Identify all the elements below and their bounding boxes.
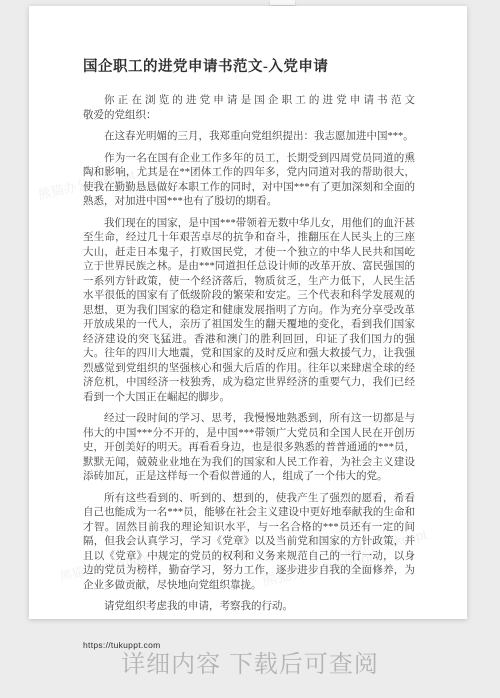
previous-page-edge [270,0,295,5]
paragraph: 经过一段时间的学习、思考，我慢慢地熟悉到，所有这一切都是与伟大的中国***分不开… [83,412,415,485]
preview-background: 熊猫办公 tukuppt 熊猫办公 tukuppt 熊猫办公 tukuppt 熊… [0,0,500,698]
paragraph: 所有这些看到的、听到的、想到的，使我产生了强烈的愿看，希看自己也能成为一名***… [83,492,415,594]
document-title: 国企职工的进党申请书范文-入党申请 [83,57,415,77]
intro-line: 你正在浏览的进党申请是国企职工的进党申请书范文 [83,94,415,109]
paragraph: 作为一名在国有企业工作多年的员工，长期受到四周党员同道的熏陶和影响，尤其是在**… [83,152,415,210]
closing-line: 请党组织考虑我的申请，考察我的行动。 [83,600,415,615]
paragraph: 我们现在的国家，是中国***带领着无数中华儿女，用他们的血汗甚至生命，经过几十年… [83,217,415,406]
document-body: 国企职工的进党申请书范文-入党申请 你正在浏览的进党申请是国企职工的进党申请书范… [83,6,415,652]
salutation-line: 敬爱的党组织： [83,109,415,124]
document-page: 熊猫办公 tukuppt 熊猫办公 tukuppt 熊猫办公 tukuppt 熊… [29,6,467,619]
download-hint-text: 详细内容 下载后可查阅 [0,650,500,680]
paragraph: 在这春光明媚的三月，我郑重向党组织提出：我志愿加进中国***。 [83,130,415,145]
